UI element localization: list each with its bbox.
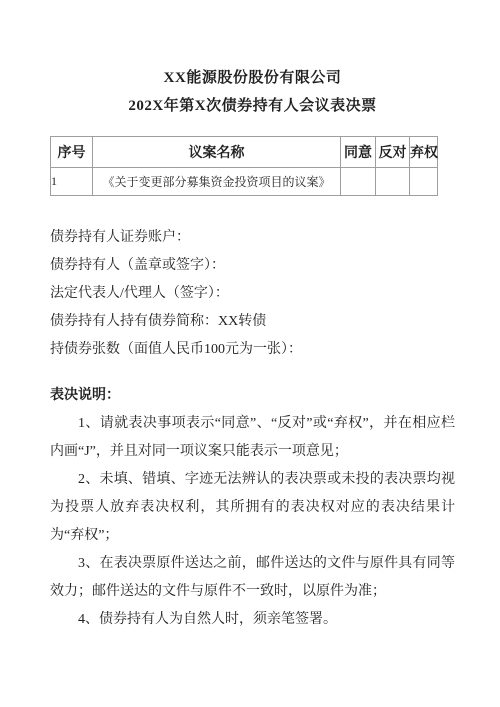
col-header-against: 反对 — [376, 137, 410, 168]
instruction-item-2: 2、未填、错填、字迹无法辨认的表决票或未投的表决票均视为投票人放弃表决权利，其所… — [50, 466, 455, 550]
cell-row-number: 1 — [51, 168, 93, 196]
field-legal-representative-label: 法定代表人/代理人（签字）： — [50, 286, 229, 301]
cell-agree-vote — [341, 168, 376, 196]
col-header-agree: 同意 — [341, 137, 376, 168]
col-header-no: 序号 — [51, 137, 93, 168]
holder-fields: 债券持有人证券账户： 债券持有人（盖章或签字）： 法定代表人/代理人（签字）： … — [50, 224, 455, 364]
document-page: XX能源股份股份有限公司 202X年第X次债券持有人会议表决票 序号 议案名称 … — [0, 0, 500, 707]
instructions-heading: 表决说明： — [50, 382, 455, 410]
instruction-item-3: 3、在表决票原件送达之前，邮件送达的文件与原件具有同等效力；邮件送达的文件与原件… — [50, 550, 455, 606]
table-row: 1 《关于变更部分募集资金投资项目的议案》 — [51, 168, 438, 196]
field-bond-short-name-value: XX转债 — [218, 314, 266, 329]
field-securities-account: 债券持有人证券账户： — [50, 224, 455, 252]
col-header-proposal-name: 议案名称 — [93, 137, 341, 168]
company-title: XX能源股份股份有限公司 — [50, 64, 455, 92]
field-bond-quantity: 持债券张数（面值人民币100元为一张）： — [50, 336, 455, 364]
field-bond-short-name-label: 债券持有人持有债券简称： — [50, 314, 218, 329]
field-holder-seal-signature: 债券持有人（盖章或签字）： — [50, 252, 455, 280]
col-header-abstain: 弃权 — [410, 137, 438, 168]
instruction-item-1: 1、请就表决事项表示“同意”、“反对”或“弃权”，并在相应栏内画“J”，并且对同… — [50, 410, 455, 466]
field-holder-seal-signature-label: 债券持有人（盖章或签字）： — [50, 258, 225, 273]
field-bond-short-name: 债券持有人持有债券简称：XX转债 — [50, 308, 455, 336]
ballot-table: 序号 议案名称 同意 反对 弃权 1 《关于变更部分募集资金投资项目的议案》 — [50, 136, 438, 196]
cell-abstain-vote — [410, 168, 438, 196]
field-securities-account-label: 债券持有人证券账户： — [50, 230, 190, 245]
field-bond-quantity-label: 持债券张数（面值人民币100元为一张）： — [50, 342, 302, 357]
cell-proposal-name: 《关于变更部分募集资金投资项目的议案》 — [93, 168, 341, 196]
table-header-row: 序号 议案名称 同意 反对 弃权 — [51, 137, 438, 168]
instruction-item-4: 4、债券持有人为自然人时，须亲笔签署。 — [50, 606, 455, 634]
voting-instructions: 表决说明： 1、请就表决事项表示“同意”、“反对”或“弃权”，并在相应栏内画“J… — [50, 382, 455, 634]
field-legal-representative: 法定代表人/代理人（签字）： — [50, 280, 455, 308]
ballot-title: 202X年第X次债券持有人会议表决票 — [50, 92, 455, 120]
cell-against-vote — [376, 168, 410, 196]
